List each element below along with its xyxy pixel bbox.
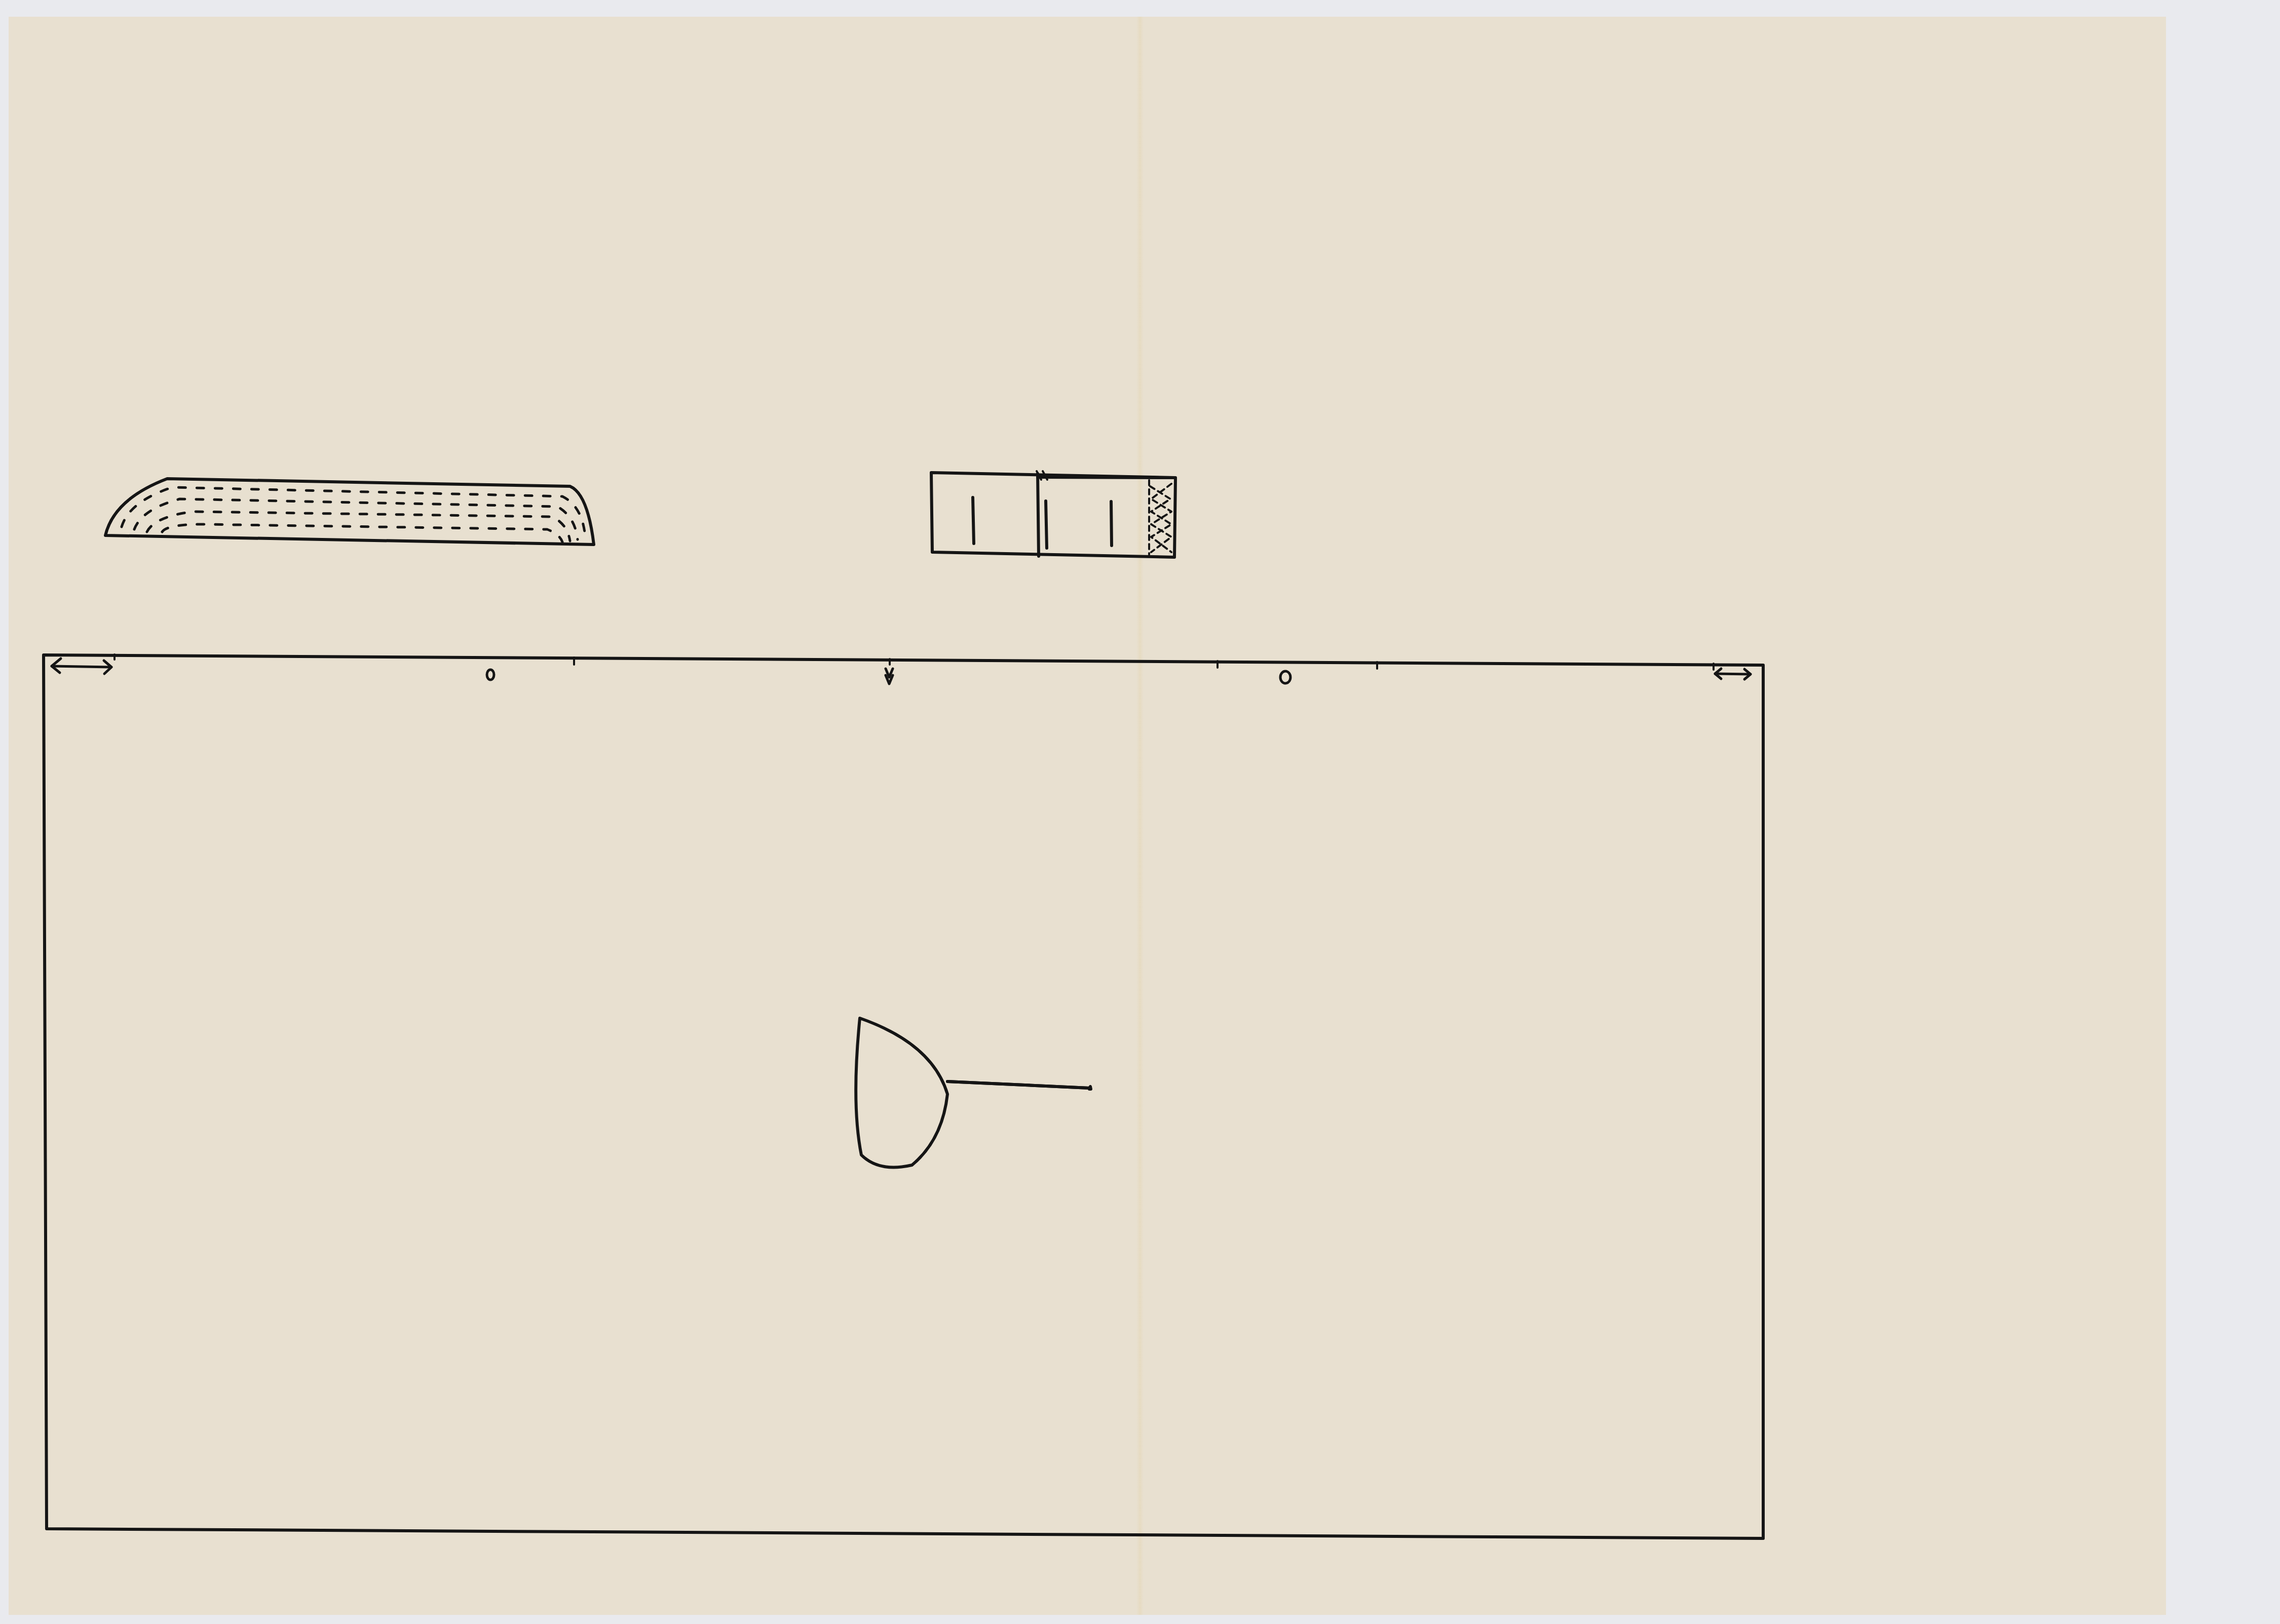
split-arrow-right: [1715, 669, 1751, 679]
body-notch-marks: [487, 669, 1290, 684]
split-arrow-left: [52, 659, 111, 674]
collar-stitch-lines: [122, 487, 585, 542]
body-piece: [44, 655, 1763, 1538]
neck-opening: [856, 1018, 947, 1168]
front-split-line: [947, 1081, 1091, 1089]
button-strip-piece: [931, 473, 1175, 557]
button-strip-hatched-end: [1149, 480, 1171, 555]
buttonhole-marks: [973, 497, 1178, 557]
pattern-drawing: [0, 0, 2280, 1624]
